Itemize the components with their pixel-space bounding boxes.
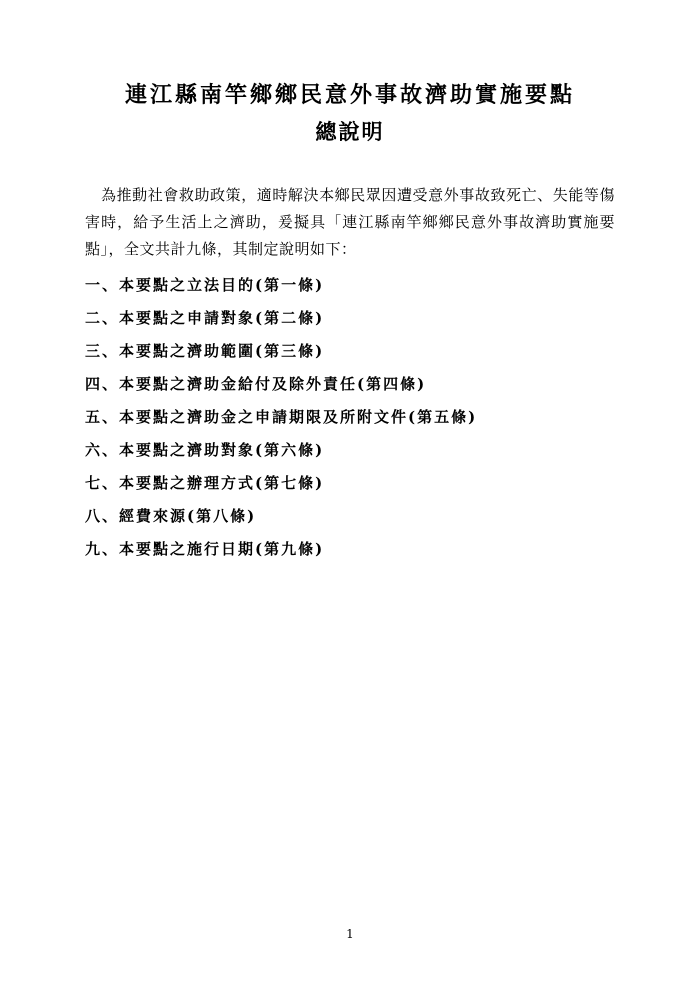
document-page: 連江縣南竿鄉鄉民意外事故濟助實施要點 總說明 為推動社會救助政策，適時解決本鄉民… xyxy=(0,0,700,990)
section-item-5: 五、本要點之濟助金之申請期限及所附文件(第五條) xyxy=(85,401,615,434)
section-item-3: 三、本要點之濟助範圍(第三條) xyxy=(85,335,615,368)
intro-paragraph: 為推動社會救助政策，適時解決本鄉民眾因遭受意外事故致死亡、失能等傷害時，給予生活… xyxy=(85,182,615,263)
section-item-4: 四、本要點之濟助金給付及除外責任(第四條) xyxy=(85,368,615,401)
document-body: 為推動社會救助政策，適時解決本鄉民眾因遭受意外事故致死亡、失能等傷害時，給予生活… xyxy=(85,182,615,566)
document-subtitle: 總說明 xyxy=(0,118,700,146)
section-item-6: 六、本要點之濟助對象(第六條) xyxy=(85,434,615,467)
document-title: 連江縣南竿鄉鄉民意外事故濟助實施要點 xyxy=(0,80,700,110)
section-item-2: 二、本要點之申請對象(第二條) xyxy=(85,302,615,335)
section-item-9: 九、本要點之施行日期(第九條) xyxy=(85,533,615,566)
section-list: 一、本要點之立法目的(第一條) 二、本要點之申請對象(第二條) 三、本要點之濟助… xyxy=(85,269,615,566)
section-item-7: 七、本要點之辦理方式(第七條) xyxy=(85,467,615,500)
section-item-8: 八、經費來源(第八條) xyxy=(85,500,615,533)
page-number: 1 xyxy=(0,926,700,942)
section-item-1: 一、本要點之立法目的(第一條) xyxy=(85,269,615,302)
